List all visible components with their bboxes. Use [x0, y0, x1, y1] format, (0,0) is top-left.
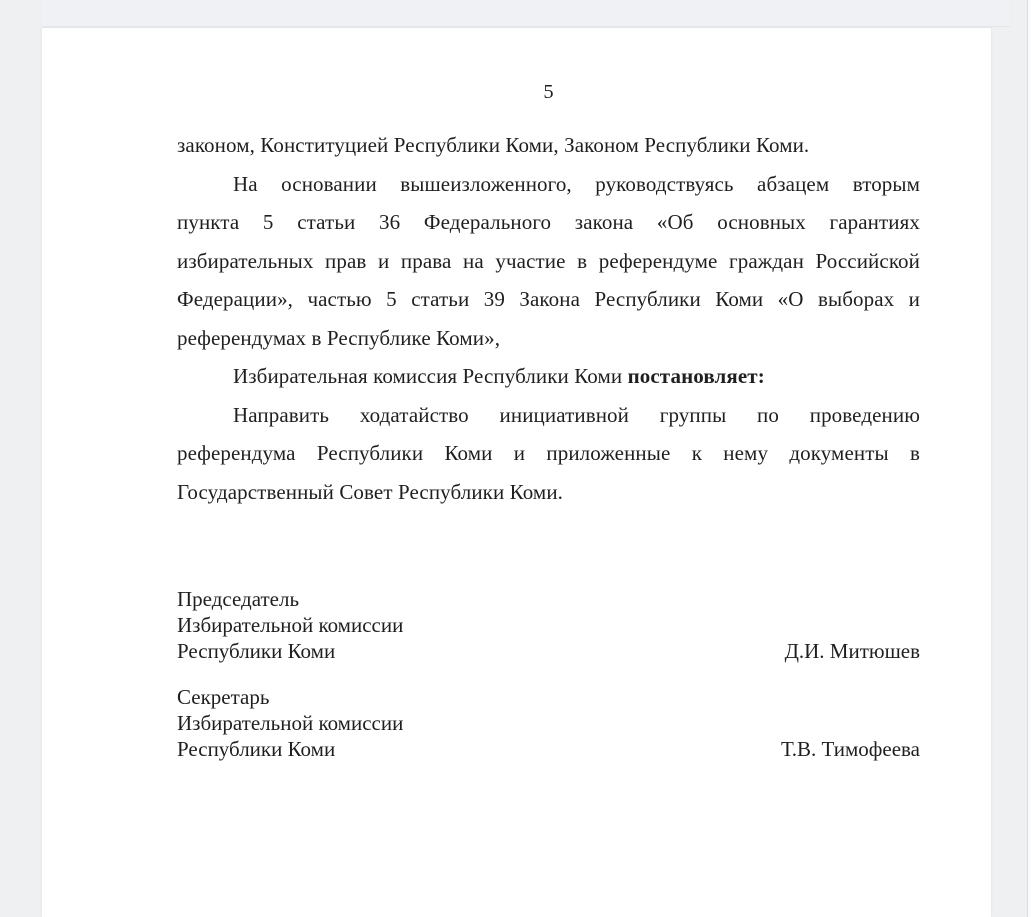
body-line: референдумах в Республике Коми»,: [177, 319, 920, 358]
body-line: На основании вышеизложенного, руководств…: [177, 165, 920, 204]
previous-page-bottom-edge: [42, 0, 1010, 26]
document-body: законом, Конституцией Республики Коми, З…: [177, 126, 920, 511]
page-content: 5 законом, Конституцией Республики Коми,…: [177, 28, 920, 917]
document-page-sheet: 5 законом, Конституцией Республики Коми,…: [42, 28, 991, 917]
signature-block-secretary: Секретарь Избирательной комиссии Республ…: [177, 684, 920, 762]
document-viewer: { "page": { "number": "5" }, "body": { "…: [0, 0, 1031, 917]
signature-name: Д.И. Митюшев: [785, 638, 920, 664]
signature-block-chairman: Председатель Избирательной комиссии Респ…: [177, 586, 920, 664]
signature-role-line: Избирательной комиссии: [177, 612, 920, 638]
body-line: референдума Республики Коми и приложенны…: [177, 434, 920, 473]
body-line: избирательных прав и права на участие в …: [177, 242, 920, 281]
body-line: законом, Конституцией Республики Коми, З…: [177, 126, 920, 165]
body-line: Направить ходатайство инициативной групп…: [177, 396, 920, 435]
resolution-bold-word: постановляет:: [628, 364, 765, 388]
body-line: пункта 5 статьи 36 Федерального закона «…: [177, 203, 920, 242]
signature-name: Т.В. Тимофеева: [781, 736, 920, 762]
body-line: Государственный Совет Республики Коми.: [177, 473, 920, 512]
right-window-edge: [1027, 0, 1031, 917]
signature-role-line: Председатель: [177, 586, 920, 612]
signature-role-line: Избирательной комиссии: [177, 710, 920, 736]
resolution-lead-text: Избирательная комиссия Республики Коми: [233, 364, 628, 388]
page-number: 5: [177, 80, 920, 104]
body-line: Федерации», частью 5 статьи 39 Закона Ре…: [177, 280, 920, 319]
signature-role-line: Секретарь: [177, 684, 920, 710]
body-line-resolution: Избирательная комиссия Республики Коми п…: [177, 357, 920, 396]
